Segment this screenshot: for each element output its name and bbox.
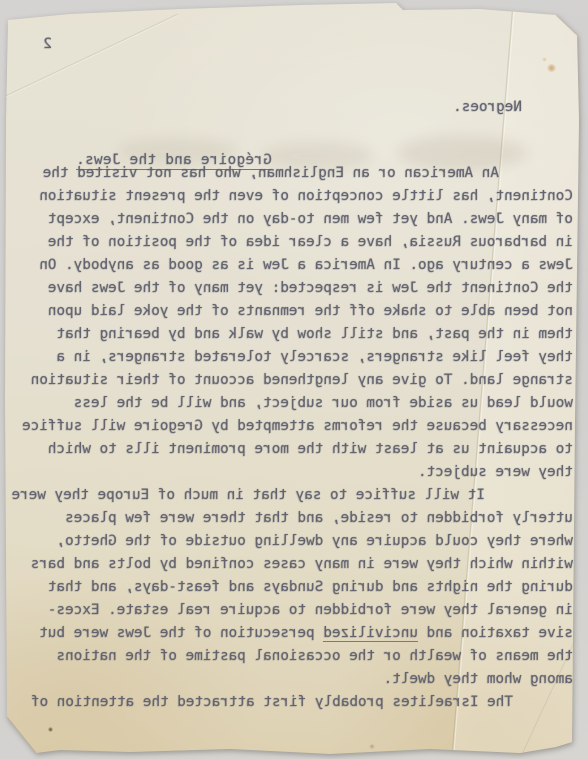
typed-line: sive taxation and uncivilized persecutio… — [12, 622, 573, 645]
typed-line: them in the past, and still show by walk… — [12, 323, 573, 346]
manuscript-page: 2 Negroes. Grégoire and the Jews. An Ame… — [0, 0, 588, 759]
typed-line: among whom they dwelt. — [12, 668, 573, 691]
typed-line: the means of wealth or the occasional pa… — [12, 645, 573, 668]
typed-line: utterly forbidden to reside, and that th… — [12, 507, 573, 530]
typed-line: the Continent the Jew is respected: yet … — [12, 277, 573, 300]
typed-line: The Israelites probably first attracted … — [12, 691, 573, 714]
typed-line: in barbarous Russia, have a clear idea o… — [12, 231, 573, 254]
body-text: An American or an Englishman, who has no… — [12, 162, 573, 714]
typed-line: they were subject. — [12, 461, 573, 484]
section-label: Negroes. — [453, 99, 522, 115]
typed-line: strange land. To give any lengthened acc… — [12, 369, 573, 392]
typed-line: to acquaint us at least with the more pr… — [12, 438, 573, 461]
typed-line: they feel like strangers, scarcely toler… — [12, 346, 573, 369]
typed-line: necessary because the reforms attempted … — [12, 415, 573, 438]
typed-line: would lead us aside from our subject, an… — [12, 392, 573, 415]
typed-line: during the nights and during Sundays and… — [12, 576, 573, 599]
typed-line: within which they were in many cases con… — [12, 553, 573, 576]
typed-line: Jews a century ago. In America a Jew is … — [12, 254, 573, 277]
typed-line: It will suffice to say that in much of E… — [12, 484, 573, 507]
typed-line: An American or an Englishman, who has no… — [12, 162, 573, 185]
typed-line: not been able to shake off the remnants … — [12, 300, 573, 323]
typed-line: of many Jews. And yet few men to-day on … — [12, 208, 573, 231]
typed-line: Continent, has little conception of even… — [12, 185, 573, 208]
mirrored-text-layer: 2 Negroes. Grégoire and the Jews. An Ame… — [0, 0, 588, 759]
typed-line: in general they were forbidden to acquir… — [12, 599, 573, 622]
typed-line: where they could acquire any dwelling ou… — [12, 530, 573, 553]
photographed-document-backdrop: 2 Negroes. Grégoire and the Jews. An Ame… — [0, 0, 588, 759]
page-number: 2 — [43, 36, 52, 52]
